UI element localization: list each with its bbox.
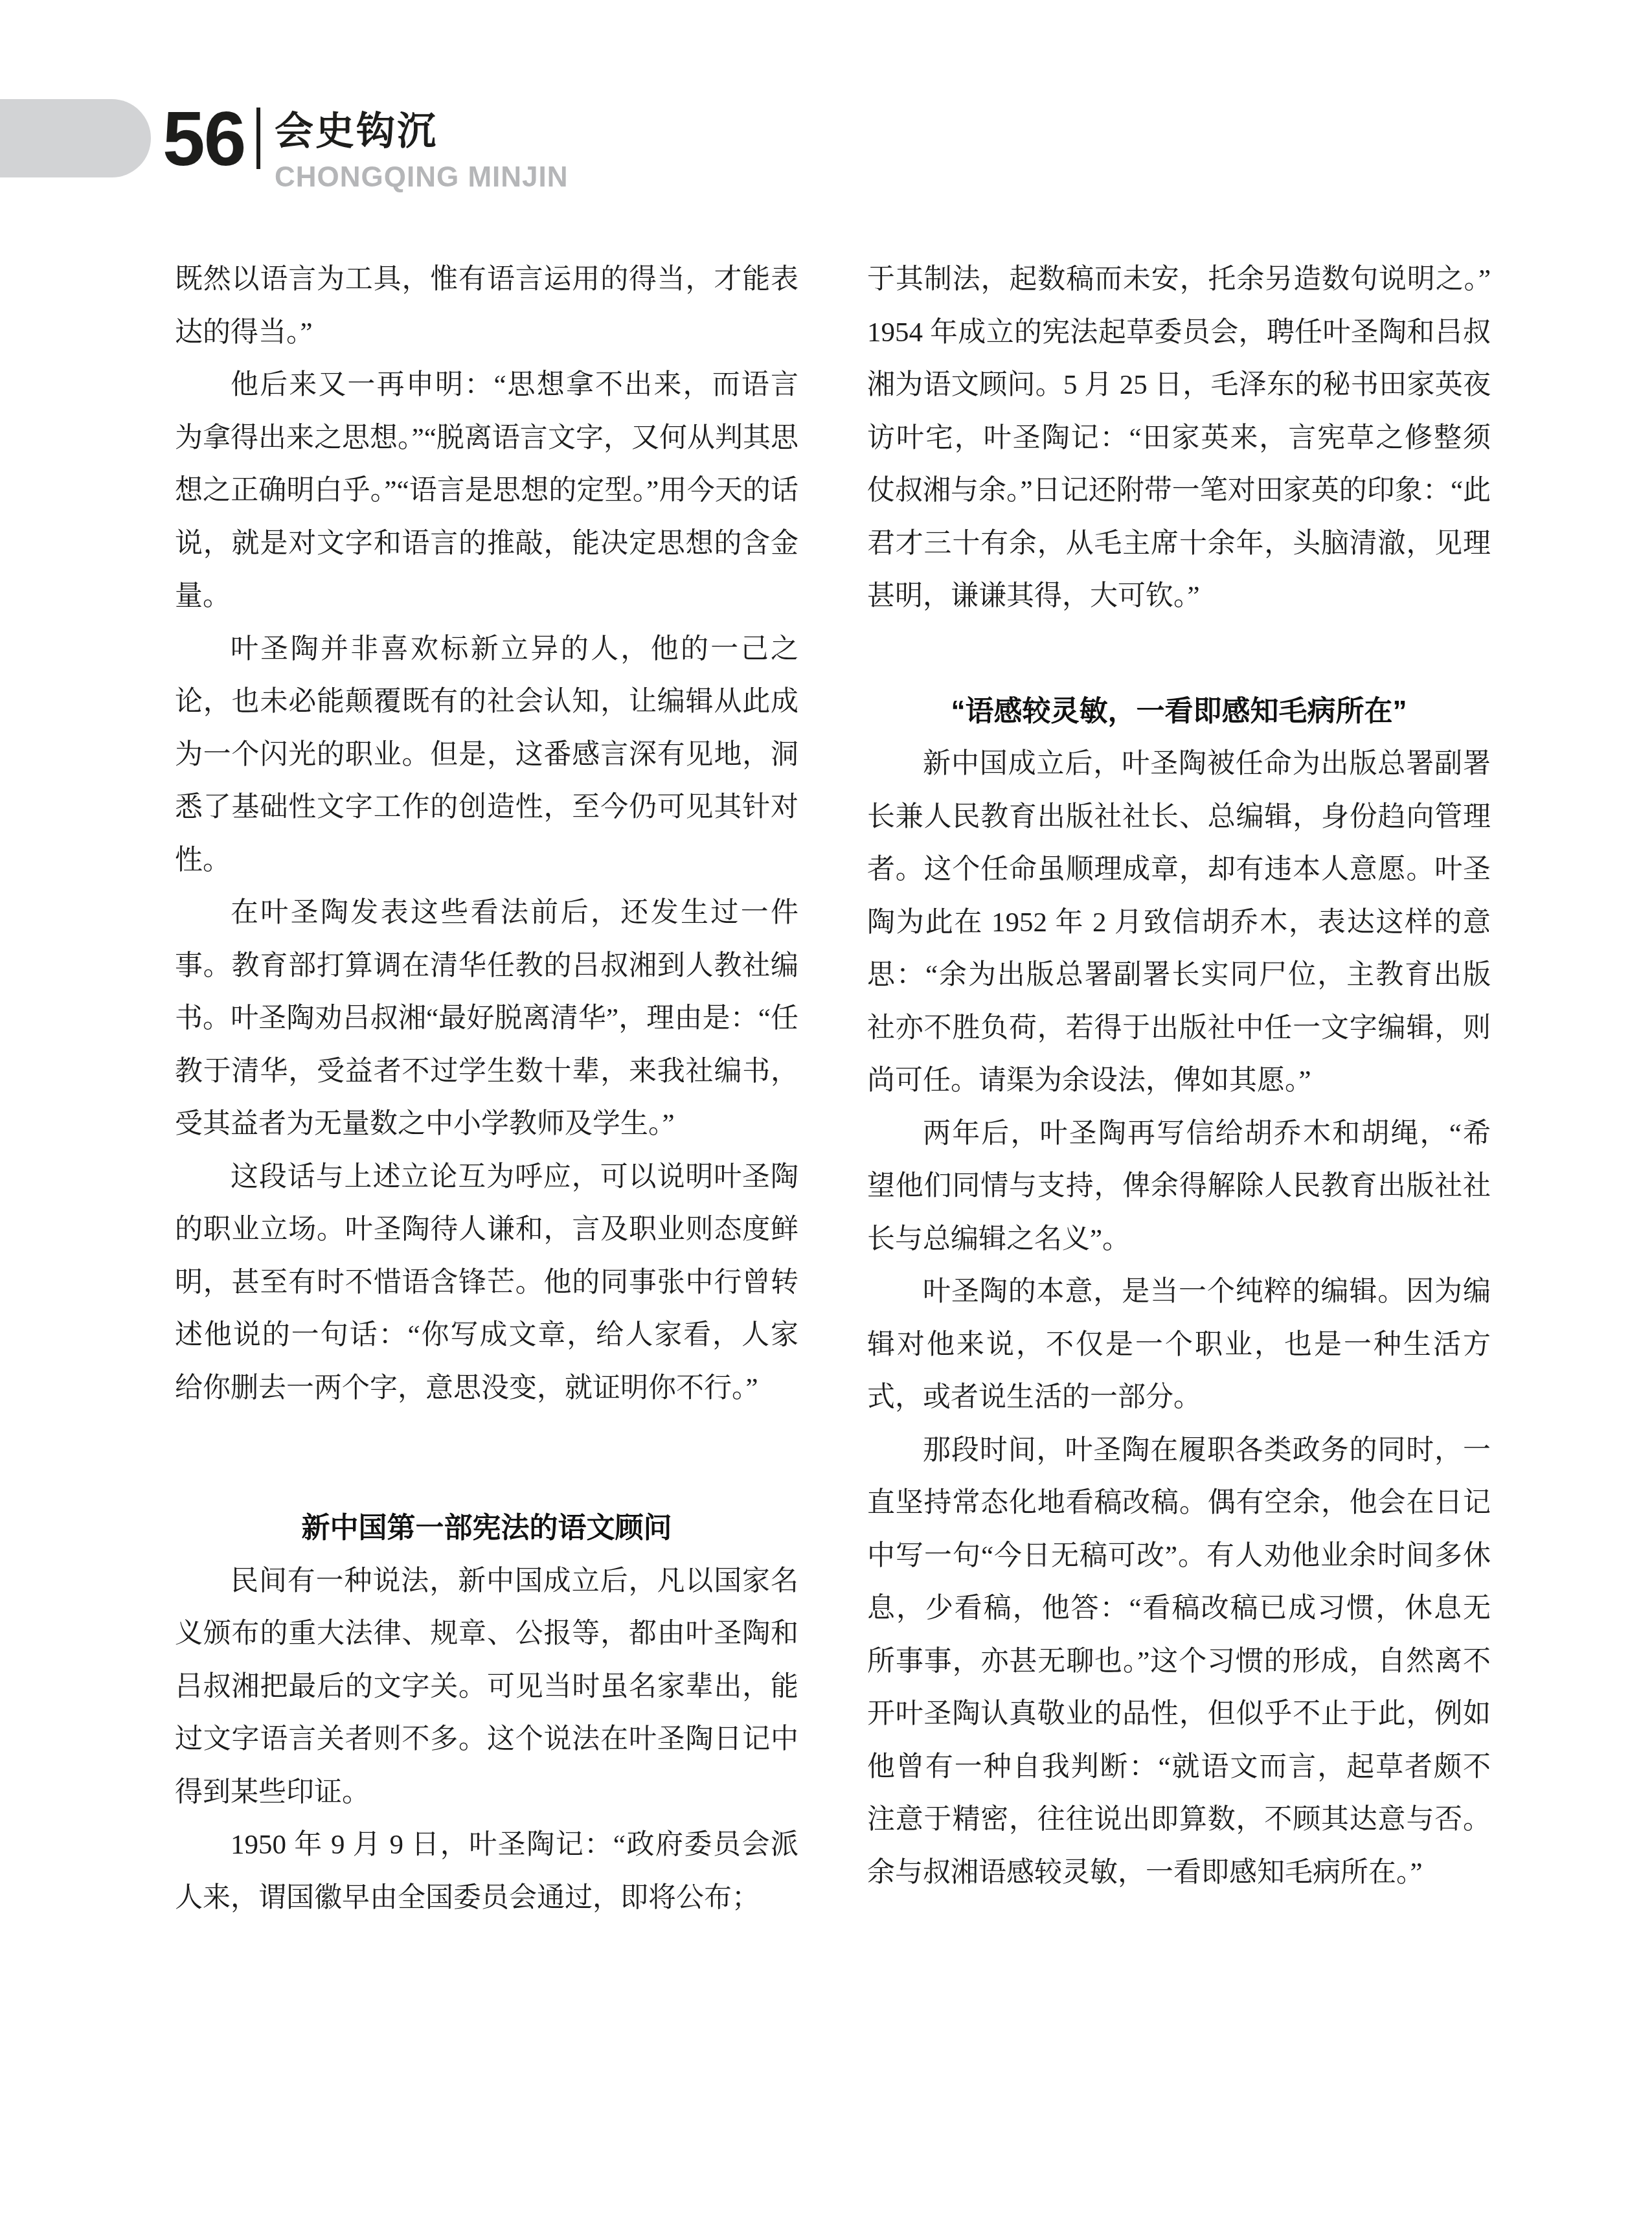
paragraph: 他后来又一再申明：“思想拿不出来，而语言为拿得出来之思想。”“脱离语言文字，又何… <box>175 359 798 623</box>
paragraph: 1950 年 9 月 9 日，叶圣陶记：“政府委员会派人来，谓国徽早由全国委员会… <box>175 1819 798 1924</box>
paragraph: 叶圣陶并非喜欢标新立异的人，他的一己之论，也未必能颠覆既有的社会认知，让编辑从此… <box>175 623 798 887</box>
magazine-page: 56 会史钩沉 CHONGQING MINJIN 既然以语言为工具，惟有语言运用… <box>0 0 1652 2226</box>
section-title: 会史钩沉 <box>275 110 438 153</box>
paragraph: 这段话与上述立论互为呼应，可以说明叶圣陶的职业立场。叶圣陶待人谦和，言及职业则态… <box>175 1151 798 1415</box>
right-column: 于其制法，起数稿而未安，托余另造数句说明之。”1954 年成立的宪法起草委员会，… <box>867 253 1491 1899</box>
paragraph: 于其制法，起数稿而未安，托余另造数句说明之。”1954 年成立的宪法起草委员会，… <box>867 253 1491 623</box>
paragraph: 新中国成立后，叶圣陶被任命为出版总署副署长兼人民教育出版社社长、总编辑，身份趋向… <box>867 738 1491 1107</box>
header-divider <box>256 108 260 169</box>
section-heading: 新中国第一部宪法的语文顾问 <box>175 1502 798 1555</box>
left-column: 既然以语言为工具，惟有语言运用的得当，才能表达的得当。” 他后来又一再申明：“思… <box>175 253 798 1924</box>
corner-tab-shape <box>0 99 151 177</box>
section-heading: “语感较灵敏，一看即感知毛病所在” <box>867 685 1491 738</box>
paragraph: 既然以语言为工具，惟有语言运用的得当，才能表达的得当。” <box>175 253 798 359</box>
paragraph: 那段时间，叶圣陶在履职各类政务的同时，一直坚持常态化地看稿改稿。偶有空余，他会在… <box>867 1424 1491 1900</box>
paragraph: 两年后，叶圣陶再写信给胡乔木和胡绳，“希望他们同情与支持，俾余得解除人民教育出版… <box>867 1107 1491 1266</box>
paragraph: 民间有一种说法，新中国成立后，凡以国家名义颁布的重大法律、规章、公报等，都由叶圣… <box>175 1555 798 1819</box>
magazine-name: CHONGQING MINJIN <box>275 163 569 192</box>
paragraph: 叶圣陶的本意，是当一个纯粹的编辑。因为编辑对他来说，不仅是一个职业，也是一种生活… <box>867 1266 1491 1424</box>
paragraph: 在叶圣陶发表这些看法前后，还发生过一件事。教育部打算调在清华任教的吕叔湘到人教社… <box>175 887 798 1151</box>
page-number: 56 <box>163 107 245 172</box>
